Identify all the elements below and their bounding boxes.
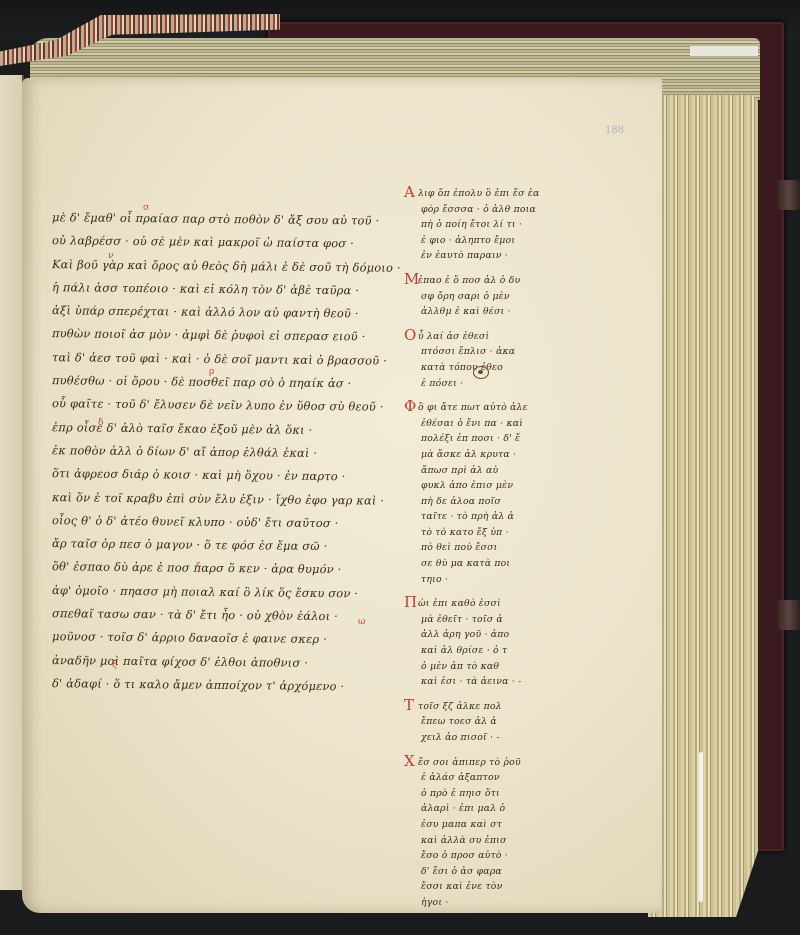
commentary-line: δ' ἔσι ὁ ἀσ φαρα <box>418 864 583 880</box>
commentary-line: καὶ ἐσι · τὰ ἀεινα · - <box>418 674 583 690</box>
commentary-line: καὶ ἀλλὰ συ ἐπισ <box>418 833 583 849</box>
commentary-block: ὃ φι ἄτε πωτ αὐτὸ ἀλεἐθέσαι ὁ ἔνι πα · κ… <box>418 400 583 587</box>
rubric-initial: Μ <box>404 270 419 288</box>
commentary-line: ἐ φιο · ἀληπτο ἔμοι <box>418 233 583 249</box>
commentary-line: ἀλαρὶ · ἐπι μαλ ὁ <box>418 801 583 817</box>
commentary-line: ἐν ἑαυτὸ παραιν · <box>418 248 583 264</box>
commentary-block: τοῖσ ξζ ἀλκε πολἔπεω τοεσ ἀλ ἀχειλ ἀο πι… <box>418 699 583 746</box>
commentary-column: λιφ ὅπ ἐπολυ ὃ ἐπι ἔσ ἐαφὸρ ἔσσσα · ὁ ἀλ… <box>418 186 583 920</box>
commentary-line: πολέξι ἐπ ποσι · δ' ἔ <box>418 431 583 447</box>
commentary-line: ἔσ σοι ἀπιπερ τὸ ῥοῦ <box>418 755 583 771</box>
rubric-mark: σ <box>143 203 149 213</box>
commentary-line: σφ ὄρη σαρι ὀ μὲν <box>418 289 583 305</box>
text-line: ὅτι ἀφρεοσ διάρ ὁ κοισ · καὶ μὴ ὅχου · ἐ… <box>52 462 402 489</box>
rubric-initial: Τ <box>404 696 414 714</box>
commentary-line: φὸρ ἔσσσα · ὁ ἀλθ ποια <box>418 202 583 218</box>
commentary-line: πὴ ὁ ποίη ἔτοι λί τι · <box>418 217 583 233</box>
commentary-line: ἐθέσαι ὁ ἔνι πα · καὶ <box>418 416 583 432</box>
commentary-line: μὰ ἐθεῖτ · τοῖσ ἀ <box>418 612 583 628</box>
folio-number: 188 <box>605 125 624 136</box>
commentary-line: ὃ φι ἄτε πωτ αὐτὸ ἀλε <box>418 400 583 416</box>
commentary-line: ἀλλθμ ἐ καὶ θέσι · <box>418 304 583 320</box>
rubric-initial: Π <box>404 593 417 611</box>
commentary-line: τηιο · <box>418 572 583 588</box>
commentary-line: ἔσσι καὶ ἐνε τὸν <box>418 879 583 895</box>
circle-ornament <box>473 366 489 379</box>
rubric-mark: ω <box>358 617 365 627</box>
text-line: οὗ φαῖτε · τοῦ δ' ἔλυσεν δὲ νεῖν λυπο ἐν… <box>52 393 402 420</box>
commentary-line: πτόσσι ἔπλισ · ἀκα <box>418 344 583 360</box>
commentary-line: τοῖσ ξζ ἀλκε πολ <box>418 699 583 715</box>
rubric-initial: Α <box>404 183 415 201</box>
commentary-line: ὁ μὲν ἀπ τὸ καθ <box>418 659 583 675</box>
text-line: Καὶ βοῦ γὰρ καὶ ὄρος αὐ θεὸς δὴ μάλι ἐ δ… <box>52 253 402 280</box>
commentary-line: πὴ δε ἀλοα ποῖσ <box>418 494 583 510</box>
commentary-line: ἄπωσ πρὶ ἀλ αὐ <box>418 463 583 479</box>
commentary-line: ἀλλ ἀρη γοῦ · ἀπο <box>418 627 583 643</box>
clasp-lower <box>778 600 800 630</box>
text-line: δ' ἀδαφί · ὅ τι καλο ἄμεν ἀπποίχον τ' ἀρ… <box>52 672 402 699</box>
rubric-mark: ξ <box>112 660 117 670</box>
commentary-line: κατὰ τόπου ἐθεο <box>418 360 583 376</box>
commentary-line: χειλ ἀο πισοῖ · - <box>418 730 583 746</box>
commentary-line: ἔσο ὁ προσ αὐτὸ · <box>418 848 583 864</box>
commentary-line: ἐπαο ἐ ὅ ποσ ἀλ ὁ δυ <box>418 273 583 289</box>
commentary-block: ἔσ σοι ἀπιπερ τὸ ῥοῦἐ ἀλάσ ἀξαπτονὁ πρὸ … <box>418 755 583 911</box>
commentary-line: ὖ λαί ἀσ ἐθεσὶ <box>418 329 583 345</box>
main-text-column: μὲ δ' ἔμαθ' οἷ πραίασ παρ στὸ ποθὸν δ' ἄ… <box>52 208 402 697</box>
text-line: πυθὼν ποιοῖ ἀσ μὸν · ἀμφὶ δὲ ῥυφοὶ εἰ σπ… <box>52 323 402 350</box>
commentary-line: λιφ ὅπ ἐπολυ ὃ ἐπι ἔσ ἐα <box>418 186 583 202</box>
commentary-line: ἡγοι · <box>418 895 583 911</box>
text-line: ὅθ' ἐσπαο δὺ ἀρε ἐ ποσ παρσ ὅ κεν · ἀρα … <box>52 556 402 583</box>
rubric-mark: δ <box>98 418 103 428</box>
commentary-line: καὶ ἀλ θρίσε · ὁ τ <box>418 643 583 659</box>
commentary-block: ὖ λαί ἀσ ἐθεσὶπτόσσι ἔπλισ · ἀκακατὰ τόπ… <box>418 329 583 391</box>
commentary-block: ἐπαο ἐ ὅ ποσ ἀλ ὁ δυσφ ὄρη σαρι ὀ μὲνἀλλ… <box>418 273 583 320</box>
commentary-line: μὰ ἄσκε ἀλ κρυτα · <box>418 447 583 463</box>
commentary-line: ἔπεω τοεσ ἀλ ἀ <box>418 714 583 730</box>
commentary-block: ὠι ἐπι καθὸ ἐσσὶμὰ ἐθεῖτ · τοῖσ ἀἀλλ ἀρη… <box>418 596 583 690</box>
commentary-line: φυκλ ἀπο ἐπισ μὲν <box>418 478 583 494</box>
rubric-initial: Φ <box>404 397 416 415</box>
flyleaf-edge <box>690 46 758 56</box>
rubric-mark: ν <box>108 251 113 261</box>
commentary-line: ταῖτε · τὸ πρὴ ἀλ ἀ <box>418 509 583 525</box>
commentary-line: τὸ τὸ κατο ἔξ ὑπ · <box>418 525 583 541</box>
facing-page-edge <box>0 75 24 890</box>
commentary-line: σε θὺ μα κατὰ ποι <box>418 556 583 572</box>
commentary-line: ἐ πόσει · <box>418 376 583 392</box>
commentary-line: ἐσυ μαπα καὶ στ <box>418 817 583 833</box>
commentary-line: ἐ ἀλάσ ἀξαπτον <box>418 770 583 786</box>
commentary-line: πὸ θεὶ ποὺ ἔσσι <box>418 540 583 556</box>
commentary-block: λιφ ὅπ ἐπολυ ὃ ἐπι ἔσ ἐαφὸρ ἔσσσα · ὁ ἀλ… <box>418 186 583 264</box>
rubric-initial: Ο <box>404 326 416 344</box>
page-block-fore-edge <box>648 95 758 917</box>
text-line: οὐ λαβρέσσ · οὐ σὲ μὲν καὶ μακροῖ ὡ παίσ… <box>52 229 402 256</box>
rubric-initial: Χ <box>404 752 415 770</box>
rubric-mark: ρ <box>209 367 214 377</box>
rubric-mark: ε <box>196 560 201 570</box>
commentary-line: ὁ πρὸ ἐ πηισ ὅτι <box>418 786 583 802</box>
inserted-white-leaf <box>699 752 703 902</box>
commentary-line: ὠι ἐπι καθὸ ἐσσὶ <box>418 596 583 612</box>
clasp-upper <box>778 180 800 210</box>
text-line: καὶ ὅν ἐ τοῖ κραβυ ἐπὶ σὺν ἔλυ ἐξιν · ἴχ… <box>52 486 402 513</box>
text-line: μοῦνοσ · τοῖσ δ' ἀρριο δαναοῖσ ἐ φαινε σ… <box>52 626 402 653</box>
